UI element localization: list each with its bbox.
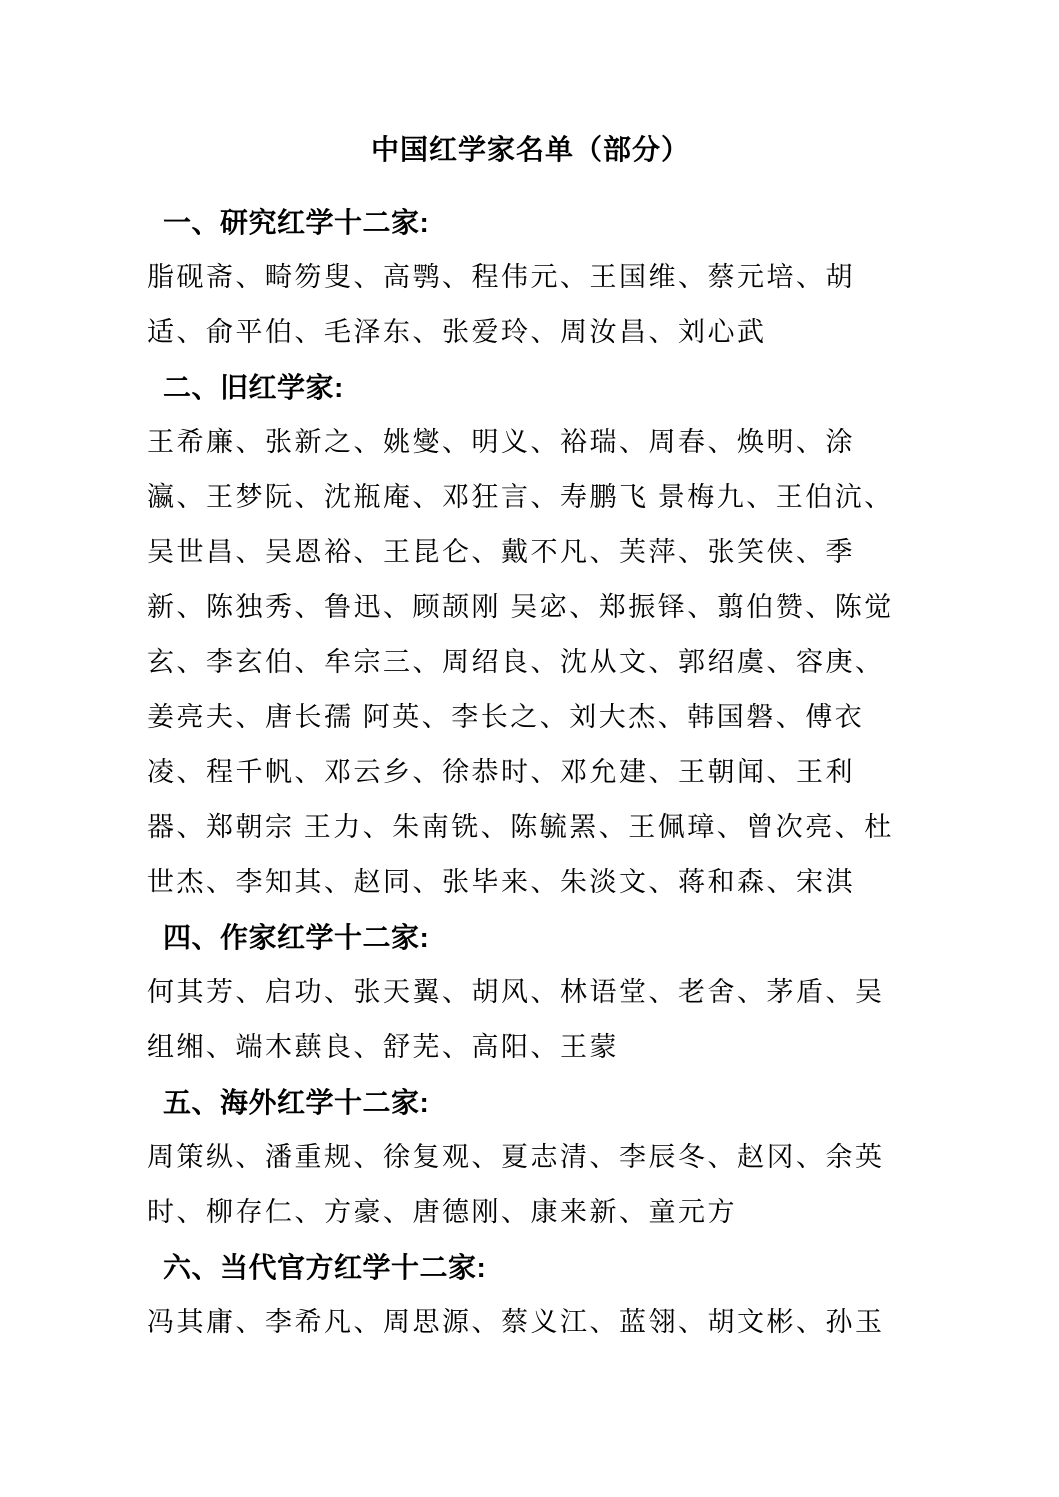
name-list-line: 时、柳存仁、方豪、唐德刚、康来新、童元方 (147, 1185, 892, 1240)
name-list-line: 王希廉、张新之、姚燮、明义、裕瑞、周春、焕明、涂 (147, 415, 892, 470)
name-list-line: 凌、程千帆、邓云乡、徐恭时、邓允建、王朝闻、王利 (147, 745, 892, 800)
name-list-line: 适、俞平伯、毛泽东、张爱玲、周汝昌、刘心武 (147, 305, 892, 360)
document-page: 中国红学家名单（部分） 一、研究红学十二家: 脂砚斋、畸笏叟、高鹗、程伟元、王国… (0, 0, 1059, 1497)
name-list-line: 脂砚斋、畸笏叟、高鹗、程伟元、王国维、蔡元培、胡 (147, 250, 892, 305)
section-heading: 五、海外红学十二家: (163, 1075, 892, 1130)
section-heading: 六、当代官方红学十二家: (163, 1240, 892, 1295)
name-list-line: 瀛、王梦阮、沈瓶庵、邓狂言、寿鹏飞 景梅九、王伯沆、 (147, 470, 892, 525)
name-list-line: 器、郑朝宗 王力、朱南铣、陈毓罴、王佩璋、曾次亮、杜 (147, 800, 892, 855)
section-heading: 四、作家红学十二家: (163, 910, 892, 965)
section-overseas-redologists: 五、海外红学十二家: 周策纵、潘重规、徐复观、夏志清、李辰冬、赵冈、余英 时、柳… (147, 1075, 892, 1240)
document-title: 中国红学家名单（部分） (147, 122, 892, 177)
document-content: 中国红学家名单（部分） 一、研究红学十二家: 脂砚斋、畸笏叟、高鹗、程伟元、王国… (147, 122, 892, 1350)
section-research-redologists: 一、研究红学十二家: 脂砚斋、畸笏叟、高鹗、程伟元、王国维、蔡元培、胡 适、俞平… (147, 195, 892, 360)
section-heading: 二、旧红学家: (163, 360, 892, 415)
name-list-line: 冯其庸、李希凡、周思源、蔡义江、蓝翎、胡文彬、孙玉 (147, 1295, 892, 1350)
section-old-redologists: 二、旧红学家: 王希廉、张新之、姚燮、明义、裕瑞、周春、焕明、涂 瀛、王梦阮、沈… (147, 360, 892, 910)
name-list-line: 玄、李玄伯、牟宗三、周绍良、沈从文、郭绍虞、容庚、 (147, 635, 892, 690)
name-list-line: 吴世昌、吴恩裕、王昆仑、戴不凡、芙萍、张笑侠、季 (147, 525, 892, 580)
name-list-line: 周策纵、潘重规、徐复观、夏志清、李辰冬、赵冈、余英 (147, 1130, 892, 1185)
name-list-line: 世杰、李知其、赵同、张毕来、朱淡文、蒋和森、宋淇 (147, 855, 892, 910)
name-list-line: 新、陈独秀、鲁迅、顾颉刚 吴宓、郑振铎、翦伯赞、陈觉 (147, 580, 892, 635)
section-heading: 一、研究红学十二家: (163, 195, 892, 250)
name-list-line: 组缃、端木蕻良、舒芜、高阳、王蒙 (147, 1020, 892, 1075)
section-contemporary-official-redologists: 六、当代官方红学十二家: 冯其庸、李希凡、周思源、蔡义江、蓝翎、胡文彬、孙玉 (147, 1240, 892, 1350)
section-writer-redologists: 四、作家红学十二家: 何其芳、启功、张天翼、胡风、林语堂、老舍、茅盾、吴 组缃、… (147, 910, 892, 1075)
name-list-line: 姜亮夫、唐长孺 阿英、李长之、刘大杰、韩国磐、傅衣 (147, 690, 892, 745)
name-list-line: 何其芳、启功、张天翼、胡风、林语堂、老舍、茅盾、吴 (147, 965, 892, 1020)
